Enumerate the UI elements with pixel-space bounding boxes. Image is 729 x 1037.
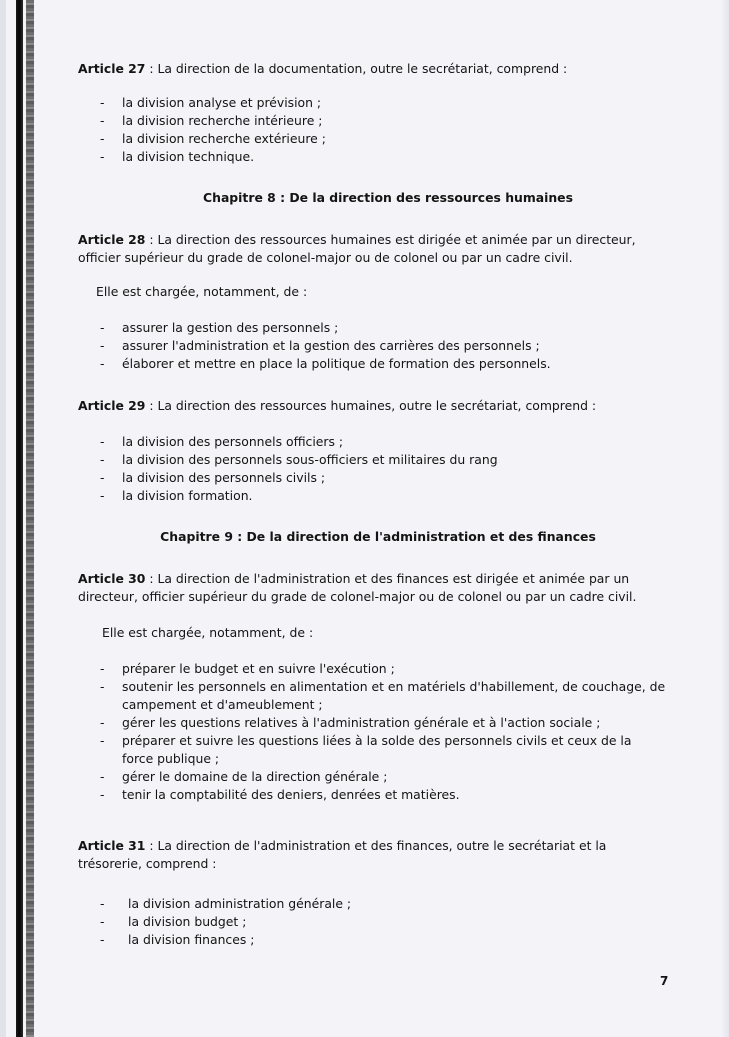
- list-item: -préparer le budget et en suivre l'exécu…: [100, 661, 395, 677]
- list-item: -gérer les questions relatives à l'admin…: [100, 715, 600, 731]
- list-item: -la division recherche extérieure ;: [100, 131, 326, 147]
- article-30-heading: Article 30 : La direction de l'administr…: [78, 571, 629, 587]
- bullet-dash: -: [100, 769, 104, 785]
- list-item-text: soutenir les personnels en alimentation …: [122, 679, 665, 694]
- list-item: -tenir la comptabilité des deniers, denr…: [100, 787, 460, 803]
- list-item-text: assurer la gestion des personnels ;: [122, 320, 338, 335]
- list-item: -la division formation.: [100, 488, 252, 504]
- document-page: Article 27 : La direction de la document…: [78, 0, 678, 1037]
- list-item-text: la division budget ;: [128, 914, 246, 929]
- page-number: 7: [660, 974, 668, 988]
- article-29-heading: Article 29 : La direction des ressources…: [78, 398, 596, 414]
- article-28-intro: Elle est chargée, notamment, de :: [96, 284, 307, 300]
- bullet-dash: -: [100, 733, 104, 749]
- bullet-dash: -: [100, 914, 104, 930]
- bullet-dash: -: [100, 356, 104, 372]
- list-item-text: la division formation.: [122, 488, 252, 503]
- list-item-text: la division des personnels sous-officier…: [122, 452, 498, 467]
- list-item-text: la division administration générale ;: [128, 896, 351, 911]
- article-label: Article 29: [78, 398, 145, 413]
- bullet-dash: -: [100, 95, 104, 111]
- article-31-text-line2: trésorerie, comprend :: [78, 856, 216, 872]
- list-item: -la division administration générale ;: [100, 896, 351, 912]
- article-28-text-line2: officier supérieur du grade de colonel-m…: [78, 250, 573, 266]
- list-item: -soutenir les personnels en alimentation…: [100, 679, 665, 695]
- bullet-dash: -: [100, 661, 104, 677]
- bullet-dash: -: [100, 488, 104, 504]
- list-item: -la division budget ;: [100, 914, 246, 930]
- chapter-9-title: Chapitre 9 : De la direction de l'admini…: [98, 529, 658, 545]
- bullet-dash: -: [100, 452, 104, 468]
- list-item-text: gérer les questions relatives à l'admini…: [122, 715, 600, 730]
- article-31-heading: Article 31 : La direction de l'administr…: [78, 838, 606, 854]
- list-item: -la division technique.: [100, 149, 254, 165]
- list-item: -gérer le domaine de la direction généra…: [100, 769, 387, 785]
- list-item-text: la division des personnels civils ;: [122, 470, 325, 485]
- bullet-dash: -: [100, 113, 104, 129]
- article-text: : La direction de la documentation, outr…: [145, 61, 567, 76]
- list-item: -préparer et suivre les questions liées …: [100, 733, 631, 749]
- list-item: -élaborer et mettre en place la politiqu…: [100, 356, 551, 372]
- article-text: : La direction des ressources humaines, …: [145, 398, 596, 413]
- article-text: : La direction de l'administration et de…: [145, 571, 629, 586]
- list-item-text: élaborer et mettre en place la politique…: [122, 356, 551, 371]
- bullet-dash: -: [100, 470, 104, 486]
- article-30-intro: Elle est chargée, notamment, de :: [102, 625, 313, 641]
- list-item-text: la division recherche intérieure ;: [122, 113, 322, 128]
- list-item: -la division analyse et prévision ;: [100, 95, 321, 111]
- bullet-dash: -: [100, 679, 104, 695]
- list-item-text: la division analyse et prévision ;: [122, 95, 321, 110]
- list-item-text: la division finances ;: [128, 932, 254, 947]
- article-label: Article 31: [78, 838, 145, 853]
- bullet-dash: -: [100, 149, 104, 165]
- list-item: -la division finances ;: [100, 932, 254, 948]
- bullet-dash: -: [100, 320, 104, 336]
- list-item-text: préparer le budget et en suivre l'exécut…: [122, 661, 395, 676]
- article-label: Article 27: [78, 61, 145, 76]
- list-item: -assurer la gestion des personnels ;: [100, 320, 338, 336]
- list-item-text: la division technique.: [122, 149, 254, 164]
- binding-strip-dark: [16, 0, 23, 1037]
- list-item-continuation: campement et d'ameublement ;: [122, 697, 323, 713]
- bullet-dash: -: [100, 434, 104, 450]
- list-item-continuation: force publique ;: [122, 751, 219, 767]
- article-27-heading: Article 27 : La direction de la document…: [78, 61, 567, 77]
- list-item-text: la division recherche extérieure ;: [122, 131, 326, 146]
- chapter-8-title: Chapitre 8 : De la direction des ressour…: [128, 190, 648, 206]
- list-item-text: préparer et suivre les questions liées à…: [122, 733, 631, 748]
- list-item: -la division des personnels officiers ;: [100, 434, 343, 450]
- list-item: -assurer l'administration et la gestion …: [100, 338, 540, 354]
- bullet-dash: -: [100, 338, 104, 354]
- list-item-text: la division des personnels officiers ;: [122, 434, 343, 449]
- bullet-dash: -: [100, 131, 104, 147]
- list-item: -la division recherche intérieure ;: [100, 113, 322, 129]
- list-item-text: tenir la comptabilité des deniers, denré…: [122, 787, 460, 802]
- article-label: Article 30: [78, 571, 145, 586]
- scan-edge: [0, 0, 6, 1037]
- list-item: -la division des personnels civils ;: [100, 470, 325, 486]
- list-item-text: gérer le domaine de la direction général…: [122, 769, 387, 784]
- bullet-dash: -: [100, 896, 104, 912]
- article-label: Article 28: [78, 232, 145, 247]
- bullet-dash: -: [100, 715, 104, 731]
- article-30-text-line2: directeur, officier supérieur du grade d…: [78, 589, 636, 605]
- list-item: -la division des personnels sous-officie…: [100, 452, 498, 468]
- scan-edge-right: [721, 0, 729, 1037]
- article-text: : La direction de l'administration et de…: [145, 838, 606, 853]
- article-28-heading: Article 28 : La direction des ressources…: [78, 232, 636, 248]
- bullet-dash: -: [100, 787, 104, 803]
- article-text: : La direction des ressources humaines e…: [145, 232, 635, 247]
- bullet-dash: -: [100, 932, 104, 948]
- binding-strip-gray: [26, 0, 34, 1037]
- list-item-text: assurer l'administration et la gestion d…: [122, 338, 540, 353]
